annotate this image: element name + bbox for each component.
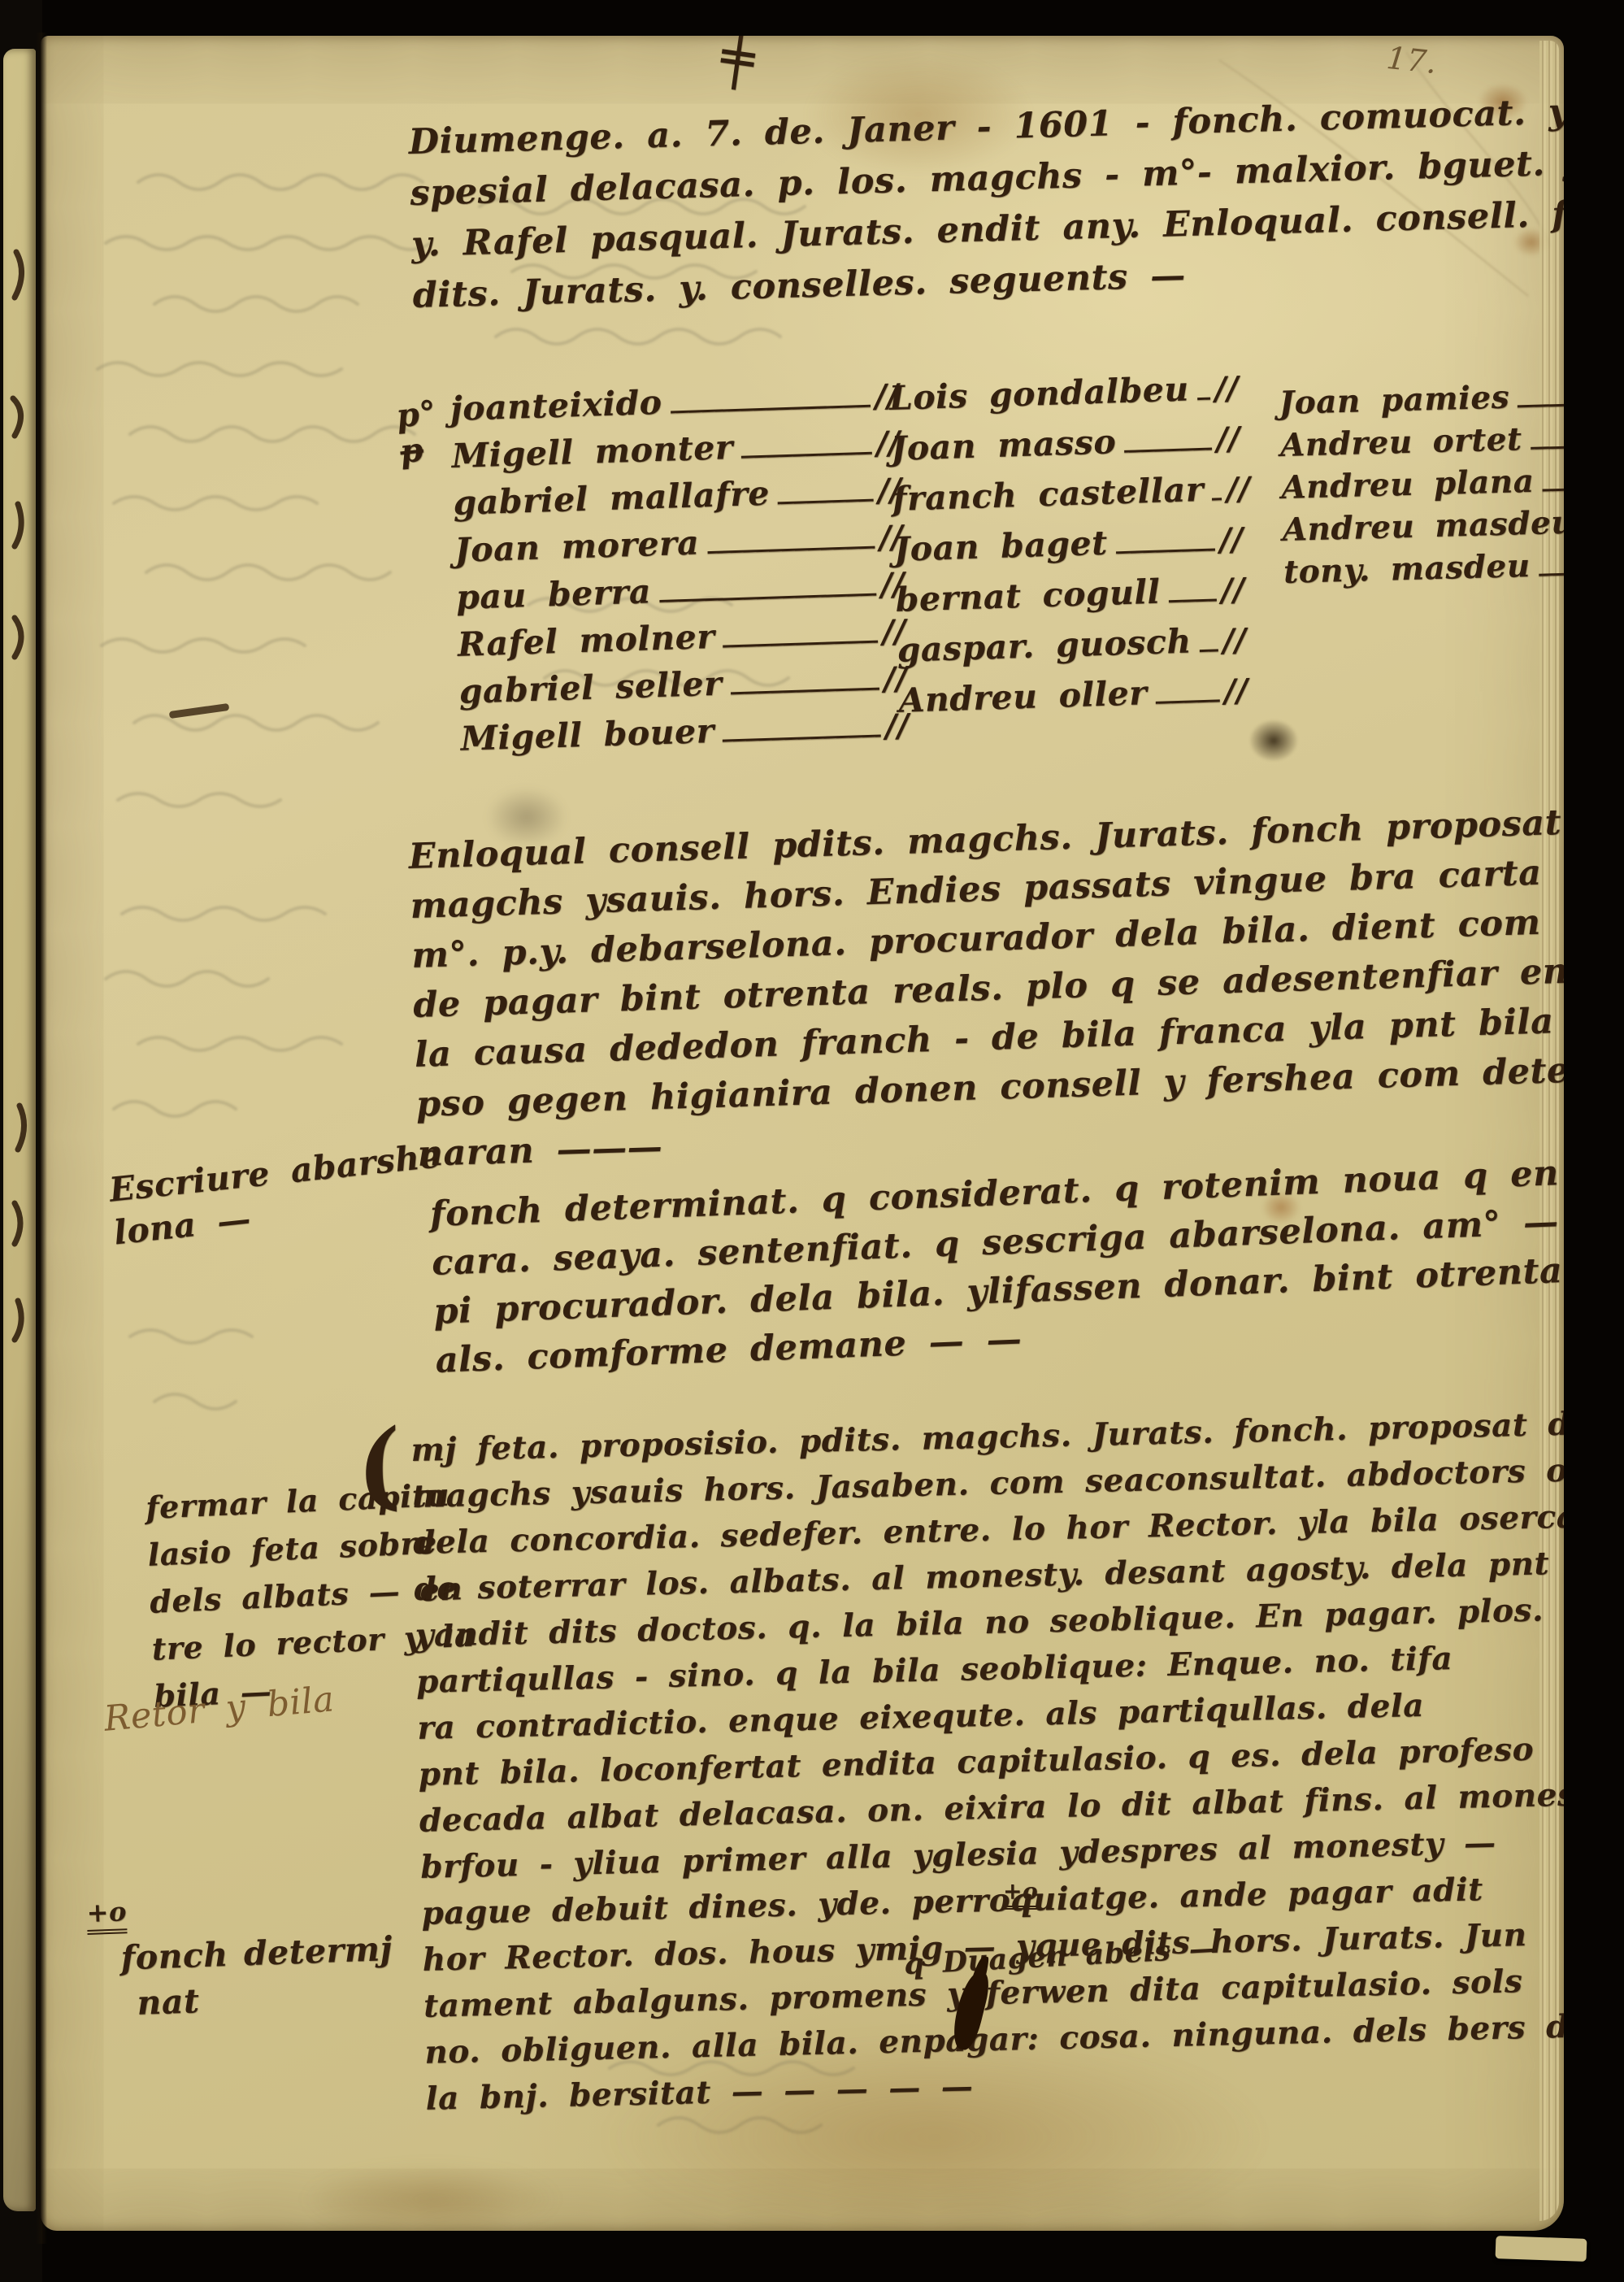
margin-note-fonch-determinat: +o fonch determj nat bbox=[86, 1884, 474, 2068]
tally-rule-line bbox=[1539, 573, 1564, 576]
gutter-shadow bbox=[36, 33, 47, 2244]
tally-rule-line bbox=[1531, 446, 1564, 450]
tally-mark: // bbox=[1223, 666, 1248, 716]
attendee-name: Andreu masdeu bbox=[1282, 502, 1564, 551]
tally-rule-line bbox=[741, 452, 871, 459]
previous-page-edge bbox=[3, 49, 36, 2211]
water-stain bbox=[301, 2162, 561, 2231]
attendee-name: Andreu oller bbox=[898, 668, 1148, 726]
tally-mark: // bbox=[1226, 464, 1251, 515]
folio-number: 17. bbox=[1385, 40, 1439, 80]
prefix-mark-struck: p bbox=[398, 432, 425, 471]
tally-mark: // bbox=[1214, 363, 1239, 414]
tally-rule-line bbox=[659, 593, 876, 602]
council-paragraph-1: Enloqual consell pdits. magchs. Jurats. … bbox=[408, 797, 1564, 1180]
tally-rule-line bbox=[1169, 598, 1217, 602]
tally-rule-line bbox=[708, 546, 875, 554]
attendee-row: Andreu masdeu// bbox=[1282, 501, 1564, 551]
tally-rule-line bbox=[1200, 649, 1218, 652]
previous-page-ink-fragments bbox=[3, 49, 36, 2211]
tally-mark: // bbox=[1215, 414, 1240, 464]
margin-note-line: nat bbox=[137, 1981, 200, 2023]
attendee-name: Andreu ortet bbox=[1279, 418, 1522, 467]
attendee-name: pau berra bbox=[455, 568, 652, 621]
attendee-column-1: joanteixido// Migell monter// gabriel ma… bbox=[449, 372, 910, 763]
tally-rule-line bbox=[671, 405, 871, 414]
attendee-name: joanteixido bbox=[449, 380, 662, 432]
attendee-row: Andreu plana// bbox=[1281, 459, 1564, 509]
margin-note-line: fonch determj bbox=[120, 1929, 393, 1978]
attendee-name: gaspar. guosch bbox=[897, 616, 1192, 675]
tally-rule-line bbox=[1197, 398, 1210, 400]
attendee-name: Rafel molner bbox=[457, 614, 715, 668]
attendee-name: Joan morera bbox=[454, 519, 700, 573]
insertion-reference-mark: +o bbox=[86, 1896, 128, 1935]
prefix-mark: p° bbox=[395, 395, 438, 435]
under-page-edge bbox=[1496, 2236, 1587, 2262]
attendee-name: franch castellar bbox=[892, 465, 1205, 524]
manuscript-scan: { "page": { "folio_number": "17.", "top_… bbox=[0, 0, 1624, 2282]
attendee-column-2: Lois gondalbeu// Joan masso// franch cas… bbox=[888, 363, 1248, 726]
attendee-name: Migell monter bbox=[451, 424, 734, 480]
attendee-name: Lois gondalbeu bbox=[888, 364, 1190, 424]
attendee-name: Joan baget bbox=[893, 519, 1109, 575]
tally-rule-line bbox=[730, 688, 879, 695]
attendee-row: tony. masdeu// bbox=[1283, 543, 1564, 593]
attendee-name: Migell bouer bbox=[460, 708, 715, 763]
tally-rule-line bbox=[1518, 404, 1564, 408]
tally-rule-line bbox=[778, 499, 873, 505]
attendee-name: gabriel seller bbox=[458, 661, 723, 715]
tally-rule-line bbox=[1116, 548, 1215, 554]
tally-rule-line bbox=[723, 735, 880, 742]
tally-mark: // bbox=[1222, 615, 1247, 666]
ink-blot bbox=[1250, 720, 1297, 761]
attendee-row: Andreu ortet// bbox=[1279, 416, 1564, 467]
attendee-name: tony. masdeu bbox=[1283, 545, 1531, 593]
tally-mark: // bbox=[1220, 565, 1245, 615]
record-header: Diumenge. a. 7. de. Janer - 1601 - fonch… bbox=[408, 85, 1564, 322]
tally-rule-line bbox=[1543, 489, 1564, 492]
tally-mark: // bbox=[1218, 515, 1244, 565]
attendee-name: Andreu plana bbox=[1281, 460, 1535, 509]
attendance-prefix-marks: p° p bbox=[395, 395, 442, 471]
council-paragraph-3: mj feta. proposisio. pdits. magchs. Jura… bbox=[410, 1400, 1564, 2123]
tally-rule-line bbox=[1156, 699, 1220, 703]
attendee-column-3: Joan pamies// Andreu ortet// Andreu plan… bbox=[1279, 374, 1564, 593]
insertion-reference-mark: +o bbox=[1003, 1878, 1038, 1910]
tally-rule-line bbox=[723, 641, 878, 648]
attendee-name: Joan masso bbox=[890, 417, 1117, 474]
attendee-name: Joan pamies bbox=[1279, 376, 1510, 424]
manuscript-page: ╪ 17. Diumenge. a. 7. de. Janer - 1601 -… bbox=[41, 36, 1564, 2231]
tally-rule-line bbox=[1212, 498, 1222, 500]
attendee-row: Joan pamies// bbox=[1279, 374, 1564, 424]
attendee-name: bernat cogull bbox=[895, 567, 1162, 625]
tally-rule-line bbox=[1124, 448, 1211, 453]
